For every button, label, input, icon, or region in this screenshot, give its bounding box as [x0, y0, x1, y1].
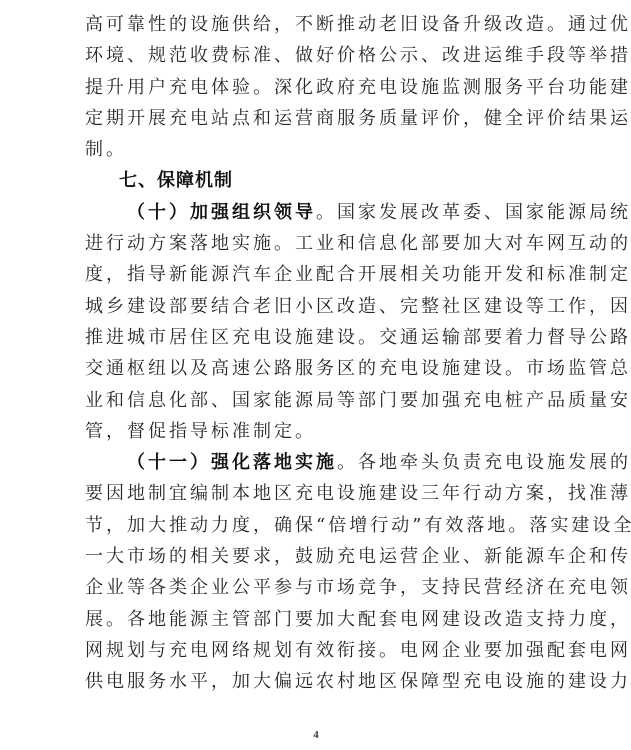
text-line: 提升用户充电体验。深化政府充电设施监测服务平台功能建设，不 [85, 72, 555, 103]
text-line: 要因地制宜编制本地区充电设施建设三年行动方案，找准薄弱环 [85, 478, 555, 509]
text-line: 进行动方案落地实施。工业和信息化部要加大对车网互动的支持力 [85, 228, 555, 259]
text-line: 业和信息化部、国家能源局等部门要加强充电桩产品质量安全监 [85, 385, 555, 416]
continuation-paragraph: 高可靠性的设施供给，不断推动老旧设备升级改造。通过优化场站 环境、规范收费标准、… [85, 9, 555, 165]
item-11-lead: （十一）强化落地实施 [127, 452, 337, 473]
text-line: 定期开展充电站点和运营商服务质量评价，健全评价结果运用机 [85, 103, 555, 134]
document-page: 高可靠性的设施供给，不断推动老旧设备升级改造。通过优化场站 环境、规范收费标准、… [85, 9, 555, 698]
text-line: 管，督促指导标准制定。 [85, 416, 555, 447]
item-10-lead: （十）加强组织领导 [127, 202, 316, 223]
text-line: 节，加大推动力度，确保“倍增行动”有效落地。落实建设全国统 [85, 510, 555, 541]
text-line: 网规划与充电网络规划有效衔接。电网企业要加强配套电网建设和 [85, 635, 555, 666]
paragraph-item-11: （十一）强化落地实施。各地牵头负责充电设施发展的部门 要因地制宜编制本地区充电设… [85, 447, 555, 697]
text-line: 城乡建设部要结合老旧小区改造、完整社区建设等工作，因地制宜 [85, 291, 555, 322]
text-line: （十一）强化落地实施。各地牵头负责充电设施发展的部门 [85, 447, 555, 478]
item-10-first-line: 。国家发展改革委、国家能源局统筹推 [316, 202, 631, 223]
text-line: （十）加强组织领导。国家发展改革委、国家能源局统筹推 [85, 197, 555, 228]
section-heading: 七、保障机制 [85, 165, 555, 196]
text-line: 度，指导新能源汽车企业配合开展相关功能开发和标准制定。住房 [85, 259, 555, 290]
text-line: 交通枢纽以及高速公路服务区的充电设施建设。市场监管总局、工 [85, 353, 555, 384]
paragraph-item-10: （十）加强组织领导。国家发展改革委、国家能源局统筹推 进行动方案落地实施。工业和… [85, 197, 555, 447]
page-number: 4 [310, 729, 322, 741]
text-line: 制。 [85, 134, 555, 165]
text-line: 供电服务水平，加大偏远农村地区保障型充电设施的建设力度。充 [85, 666, 555, 697]
item-11-first-line: 。各地牵头负责充电设施发展的部门 [337, 452, 631, 473]
text-line: 一大市场的相关要求，鼓励充电运营企业、新能源车企和传统能源 [85, 541, 555, 572]
text-line: 企业等各类企业公平参与市场竞争，支持民营经济在充电领域发 [85, 572, 555, 603]
text-line: 推进城市居住区充电设施建设。交通运输部要着力督导公路沿线、 [85, 322, 555, 353]
text-line: 高可靠性的设施供给，不断推动老旧设备升级改造。通过优化场站 [85, 9, 555, 40]
text-line: 环境、规范收费标准、做好价格公示、改进运维手段等举措，切实 [85, 40, 555, 71]
text-line: 展。各地能源主管部门要加大配套电网建设改造支持力度，指导电 [85, 604, 555, 635]
